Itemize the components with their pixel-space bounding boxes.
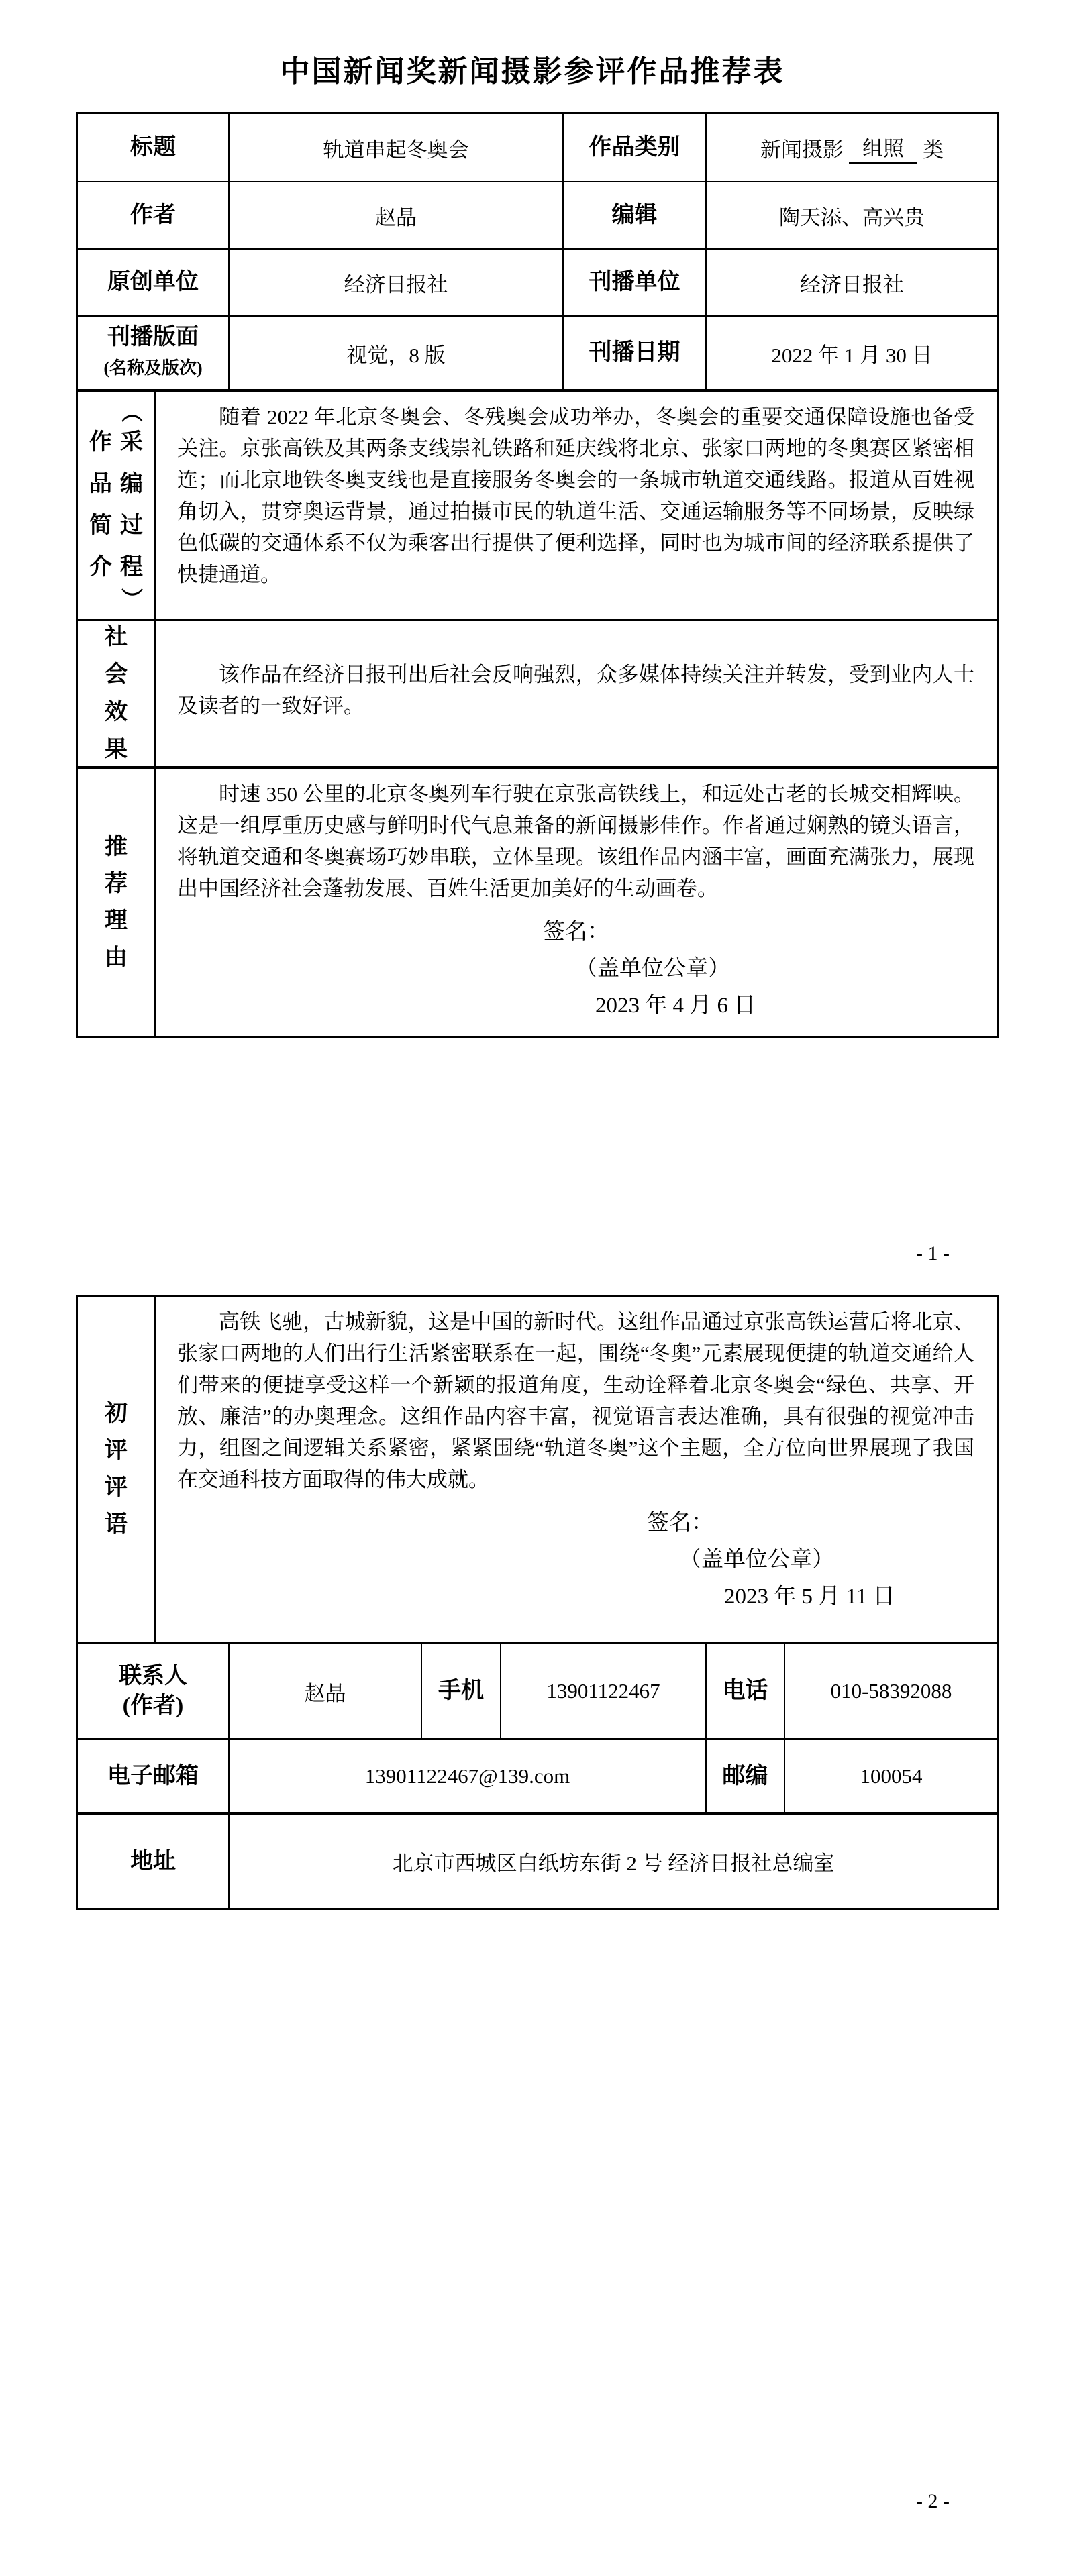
preliminary-review-text: 高铁飞驰，古城新貌，这是中国的新时代。这组作品通过京张高铁运营后将北京、张家口两… <box>177 1306 974 1495</box>
row-layout-date: 刊播版面 (名称及版次) 视觉，8 版 刊播日期 2022 年 1 月 30 日 <box>78 315 997 389</box>
work-intro-label-left: 作品简介 <box>88 422 113 588</box>
layout-label-sub: (名称及版次) <box>103 358 202 378</box>
preliminary-review-label: 初评评语 <box>103 1395 129 1543</box>
contact-label-sub: (作者) <box>123 1693 184 1718</box>
social-effect-text-cell: 该作品在经济日报刊出后社会反响强烈，众多媒体持续关注并转发，受到业内人士及读者的… <box>154 621 997 766</box>
row-contact: 联系人 (作者) 赵晶 手机 13901122467 电话 010-583920… <box>78 1642 997 1738</box>
signature-block-1: 签名： （盖单位公章） 2023 年 4 月 6 日 <box>543 914 974 1024</box>
row-recommend-reason: 推荐理由 时速 350 公里的北京冬奥列车行驶在京张高铁线上，和远处古老的长城交… <box>78 766 997 1036</box>
layout-label-main: 刊播版面 <box>107 325 199 350</box>
row-preliminary-review: 初评评语 高铁飞驰，古城新貌，这是中国的新时代。这组作品通过京张高铁运营后将北京… <box>78 1297 997 1642</box>
category-prefix: 新闻摄影 <box>760 133 844 163</box>
layout-value: 视觉，8 版 <box>228 317 562 389</box>
row-work-intro: 作品简介 （ 采编过程 ） 随着 2022 年北京冬奥会、冬残奥会成功举办，冬奥… <box>78 389 997 619</box>
row-author-editor: 作者 赵晶 编辑 陶天添、高兴贵 <box>78 181 997 248</box>
phone-value: 010-58392088 <box>784 1644 997 1738</box>
sign-date-1: 2023 年 4 月 6 日 <box>595 987 974 1024</box>
mobile-label: 手机 <box>421 1644 500 1738</box>
category-value: 新闻摄影 组照 类 <box>705 114 997 181</box>
editor-value: 陶天添、高兴贵 <box>705 182 997 248</box>
seal-note-1: （盖单位公章） <box>575 951 974 987</box>
social-effect-text: 该作品在经济日报刊出后社会反响强烈，众多媒体持续关注并转发，受到业内人士及读者的… <box>177 659 974 722</box>
page2-marker: - 2 - <box>893 2490 973 2513</box>
work-intro-text-cell: 随着 2022 年北京冬奥会、冬残奥会成功举办，冬奥会的重要交通保障设施也备受关… <box>154 392 997 619</box>
signature-block-2: 签名： （盖单位公章） 2023 年 5 月 11 日 <box>647 1505 974 1615</box>
category-suffix: 类 <box>923 133 944 163</box>
contact-name: 赵晶 <box>228 1644 421 1738</box>
phone-label: 电话 <box>705 1644 784 1738</box>
row-address: 地址 北京市西城区白纸坊东街 2 号 经济日报社总编室 <box>78 1812 997 1908</box>
recommendation-form-table: 标题 轨道串起冬奥会 作品类别 新闻摄影 组照 类 作者 赵晶 编辑 陶天添、高… <box>76 112 999 1038</box>
publish-unit-value: 经济日报社 <box>705 250 997 315</box>
title-value: 轨道串起冬奥会 <box>228 114 562 181</box>
row-social-effect: 社会效果 该作品在经济日报刊出后社会反响强烈，众多媒体持续关注并转发，受到业内人… <box>78 619 997 766</box>
email-label: 电子邮箱 <box>78 1740 228 1812</box>
recommend-reason-label-cell: 推荐理由 <box>78 769 154 1036</box>
row-email-zip: 电子邮箱 13901122467@139.com 邮编 100054 <box>78 1738 997 1812</box>
email-value: 13901122467@139.com <box>228 1740 705 1812</box>
page-title: 中国新闻奖新闻摄影参评作品推荐表 <box>0 47 1065 90</box>
recommend-reason-label: 推荐理由 <box>103 828 129 976</box>
row-title-category: 标题 轨道串起冬奥会 作品类别 新闻摄影 组照 类 <box>78 114 997 181</box>
publish-date-value: 2022 年 1 月 30 日 <box>705 317 997 389</box>
row-original-publish-unit: 原创单位 经济日报社 刊播单位 经济日报社 <box>78 248 997 315</box>
zip-value: 100054 <box>784 1740 997 1812</box>
publish-date-label: 刊播日期 <box>562 317 705 389</box>
category-fill-underlined: 组照 <box>849 131 917 164</box>
title-label: 标题 <box>78 114 228 181</box>
original-unit-value: 经济日报社 <box>228 250 562 315</box>
work-intro-label: 作品简介 （ 采编过程 ） <box>78 392 154 619</box>
contact-label: 联系人 (作者) <box>78 1644 228 1738</box>
original-unit-label: 原创单位 <box>78 250 228 315</box>
close-paren: ） <box>121 588 142 609</box>
document-page: 中国新闻奖新闻摄影参评作品推荐表 标题 轨道串起冬奥会 作品类别 新闻摄影 组照… <box>0 0 1065 2576</box>
review-contact-table: 初评评语 高铁飞驰，古城新貌，这是中国的新时代。这组作品通过京张高铁运营后将北京… <box>76 1295 999 1910</box>
social-effect-label: 社会效果 <box>103 621 129 766</box>
work-intro-text: 随着 2022 年北京冬奥会、冬残奥会成功举办，冬奥会的重要交通保障设施也备受关… <box>177 401 974 590</box>
sign-date-2: 2023 年 5 月 11 日 <box>724 1578 974 1615</box>
address-value: 北京市西城区白纸坊东街 2 号 经济日报社总编室 <box>228 1815 997 1908</box>
preliminary-review-label-cell: 初评评语 <box>78 1297 154 1642</box>
mobile-value: 13901122467 <box>500 1644 705 1738</box>
sign-label-2: 签名： <box>647 1505 974 1542</box>
preliminary-review-text-cell: 高铁飞驰，古城新貌，这是中国的新时代。这组作品通过京张高铁运营后将北京、张家口两… <box>154 1297 997 1642</box>
social-effect-label-cell: 社会效果 <box>78 621 154 766</box>
work-intro-label-right: （ 采编过程 ） <box>119 402 144 608</box>
work-intro-label-right-chars: 采编过程 <box>119 422 144 588</box>
publish-unit-label: 刊播单位 <box>562 250 705 315</box>
sign-label-1: 签名： <box>543 914 974 951</box>
contact-label-main: 联系人 <box>119 1664 187 1688</box>
author-label: 作者 <box>78 182 228 248</box>
seal-note-2: （盖单位公章） <box>679 1542 974 1578</box>
recommend-reason-text-cell: 时速 350 公里的北京冬奥列车行驶在京张高铁线上，和远处古老的长城交相辉映。这… <box>154 769 997 1036</box>
layout-label: 刊播版面 (名称及版次) <box>78 317 228 389</box>
zip-label: 邮编 <box>705 1740 784 1812</box>
address-label: 地址 <box>78 1815 228 1908</box>
author-value: 赵晶 <box>228 182 562 248</box>
page1-marker: - 1 - <box>893 1242 973 1265</box>
editor-label: 编辑 <box>562 182 705 248</box>
category-label: 作品类别 <box>562 114 705 181</box>
open-paren: （ <box>121 401 142 423</box>
recommend-reason-text: 时速 350 公里的北京冬奥列车行驶在京张高铁线上，和远处古老的长城交相辉映。这… <box>177 778 974 904</box>
